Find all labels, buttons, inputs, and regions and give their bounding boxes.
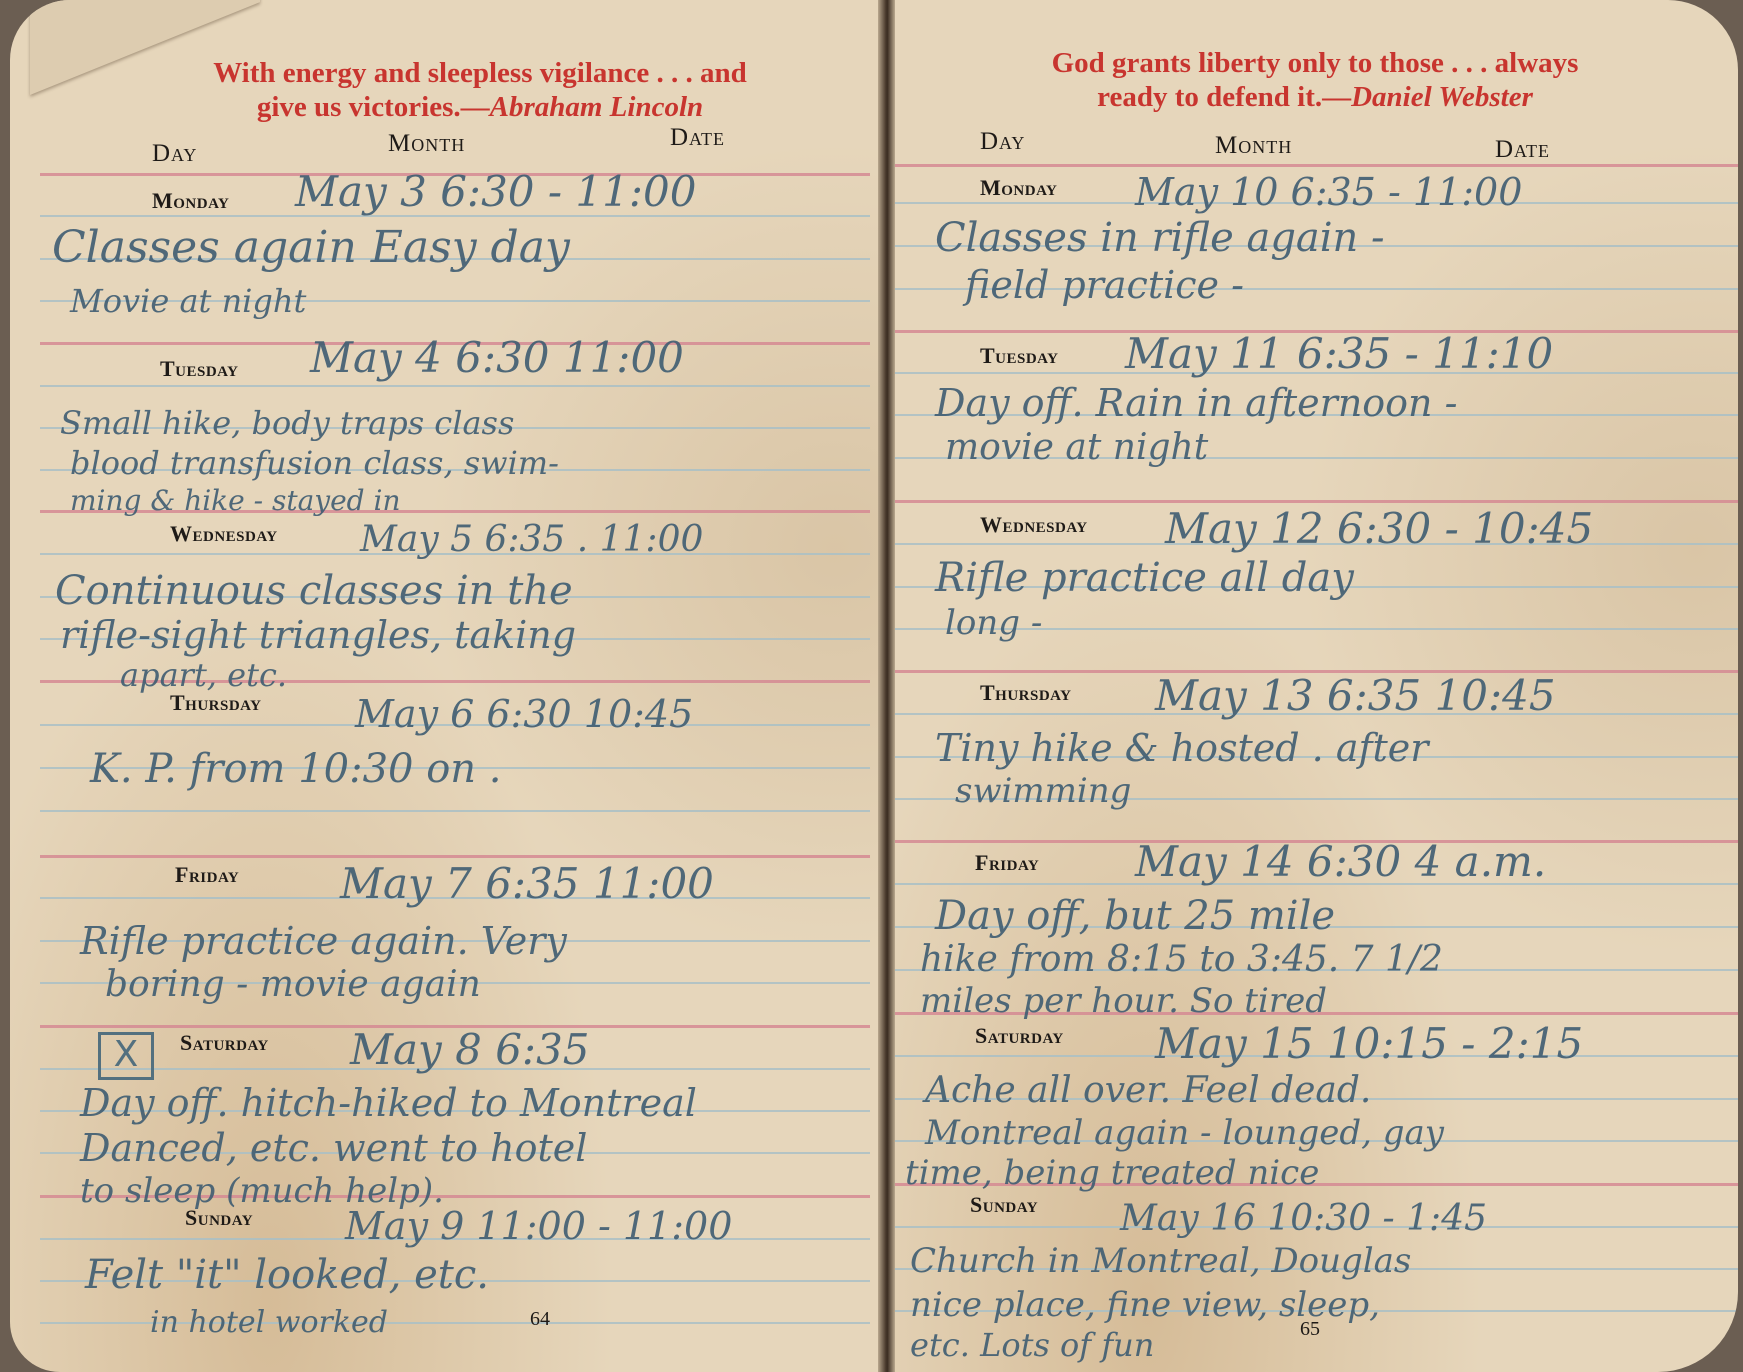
- entry-line: long -: [945, 600, 1042, 646]
- entry-dateline: May 3 6:30 - 11:00: [295, 168, 696, 216]
- entry-dateline: May 15 10:15 - 2:15: [1155, 1020, 1583, 1068]
- quote-line-2: ready to defend it.—Daniel Webster: [915, 80, 1715, 114]
- entry-line: Felt "it" looked, etc.: [85, 1252, 489, 1298]
- header-day: Day: [152, 140, 197, 168]
- quote-line-2: give us victories.—Abraham Lincoln: [100, 90, 860, 124]
- day-label-thursday: Thursday: [980, 680, 1071, 706]
- entry-dateline: May 14 6:30 4 a.m.: [1135, 838, 1546, 886]
- entry-line: swimming: [955, 768, 1131, 814]
- entry-line: ming & hike - stayed in: [70, 478, 401, 524]
- left-page: With energy and sleepless vigilance . . …: [10, 0, 878, 1372]
- day-label-monday: Monday: [152, 188, 229, 214]
- entry-dateline: May 7 6:35 11:00: [340, 860, 714, 908]
- quote-attribution: Daniel Webster: [1351, 81, 1533, 113]
- entry-line: hike from 8:15 to 3:45. 7 1/2: [920, 937, 1443, 983]
- day-label-sunday: Sunday: [970, 1192, 1038, 1218]
- header-month: Month: [388, 130, 465, 158]
- page-number: 64: [530, 1308, 550, 1331]
- entry-line: Danced, etc. went to hotel: [80, 1125, 587, 1171]
- day-label-monday: Monday: [980, 175, 1057, 201]
- quote-line-1: With energy and sleepless vigilance . . …: [100, 56, 860, 90]
- entry-line: Rifle practice all day: [935, 555, 1354, 601]
- entry-line: Movie at night: [70, 278, 306, 324]
- entry-dateline: May 5 6:35 . 11:00: [360, 516, 703, 564]
- day-label-saturday: Saturday: [180, 1030, 269, 1056]
- entry-dateline: May 10 6:35 - 11:00: [1135, 168, 1522, 216]
- entry-dateline: May 9 11:00 - 11:00: [345, 1202, 732, 1250]
- left-quote: With energy and sleepless vigilance . . …: [100, 56, 860, 124]
- day-label-tuesday: Tuesday: [980, 343, 1058, 369]
- day-label-tuesday: Tuesday: [160, 356, 238, 382]
- entry-dateline: May 12 6:30 - 10:45: [1165, 505, 1593, 553]
- entry-dateline: May 11 6:35 - 11:10: [1125, 330, 1553, 378]
- day-label-wednesday: Wednesday: [170, 521, 278, 547]
- page-number: 65: [1300, 1318, 1320, 1341]
- day-label-sunday: Sunday: [185, 1205, 253, 1231]
- entry-line: Day off. Rain in afternoon -: [935, 380, 1457, 426]
- entry-line: K. P. from 10:30 on .: [90, 746, 501, 792]
- entry-line: time, being treated nice: [905, 1150, 1319, 1196]
- entry-line: Continuous classes in the: [55, 568, 573, 614]
- entry-line: Church in Montreal, Douglas: [910, 1238, 1411, 1284]
- ruled-line: [40, 810, 870, 812]
- entry-dateline: May 4 6:30 11:00: [310, 334, 684, 382]
- quote-attribution: Abraham Lincoln: [490, 91, 704, 123]
- entry-line: Classes in rifle again -: [935, 215, 1385, 261]
- header-date: Date: [1495, 136, 1550, 164]
- day-label-saturday: Saturday: [975, 1023, 1064, 1049]
- section-rule: [895, 164, 1738, 167]
- header-date: Date: [670, 124, 725, 152]
- entry-line: field practice -: [965, 262, 1244, 308]
- entry-line: Rifle practice again. Very: [80, 918, 567, 964]
- day-label-thursday: Thursday: [170, 690, 261, 716]
- entry-line: movie at night: [945, 425, 1208, 471]
- entry-line: boring - movie again: [105, 962, 481, 1008]
- right-quote: God grants liberty only to those . . . a…: [915, 46, 1715, 114]
- entry-line: Day off, but 25 mile: [935, 893, 1335, 939]
- section-rule: [40, 855, 870, 858]
- entry-line: miles per hour. So tired: [920, 978, 1327, 1024]
- entry-dateline: May 8 6:35: [350, 1026, 590, 1074]
- entry-dateline: May 6 6:30 10:45: [355, 690, 693, 738]
- entry-line: in hotel worked: [150, 1300, 388, 1346]
- entry-line: etc. Lots of fun: [910, 1322, 1154, 1368]
- book-spine: [878, 0, 895, 1372]
- quote-line-1: God grants liberty only to those . . . a…: [915, 46, 1715, 80]
- entry-line: Ache all over. Feel dead.: [925, 1068, 1371, 1114]
- day-label-wednesday: Wednesday: [980, 512, 1088, 538]
- saturday-checkbox: X: [98, 1032, 154, 1080]
- entry-dateline: May 16 10:30 - 1:45: [1120, 1195, 1487, 1243]
- entry-line: Tiny hike & hosted . after: [935, 725, 1428, 771]
- header-day: Day: [980, 128, 1025, 156]
- ruled-line: [40, 385, 870, 387]
- right-page: God grants liberty only to those . . . a…: [895, 0, 1738, 1372]
- entry-line: Day off. hitch-hiked to Montreal: [80, 1080, 697, 1126]
- entry-dateline: May 13 6:35 10:45: [1155, 672, 1556, 720]
- header-month: Month: [1215, 132, 1292, 160]
- day-label-friday: Friday: [975, 850, 1039, 876]
- section-rule: [895, 500, 1738, 503]
- entry-line: Classes again Easy day: [52, 225, 570, 271]
- open-diary: With energy and sleepless vigilance . . …: [0, 0, 1743, 1372]
- day-label-friday: Friday: [175, 862, 239, 888]
